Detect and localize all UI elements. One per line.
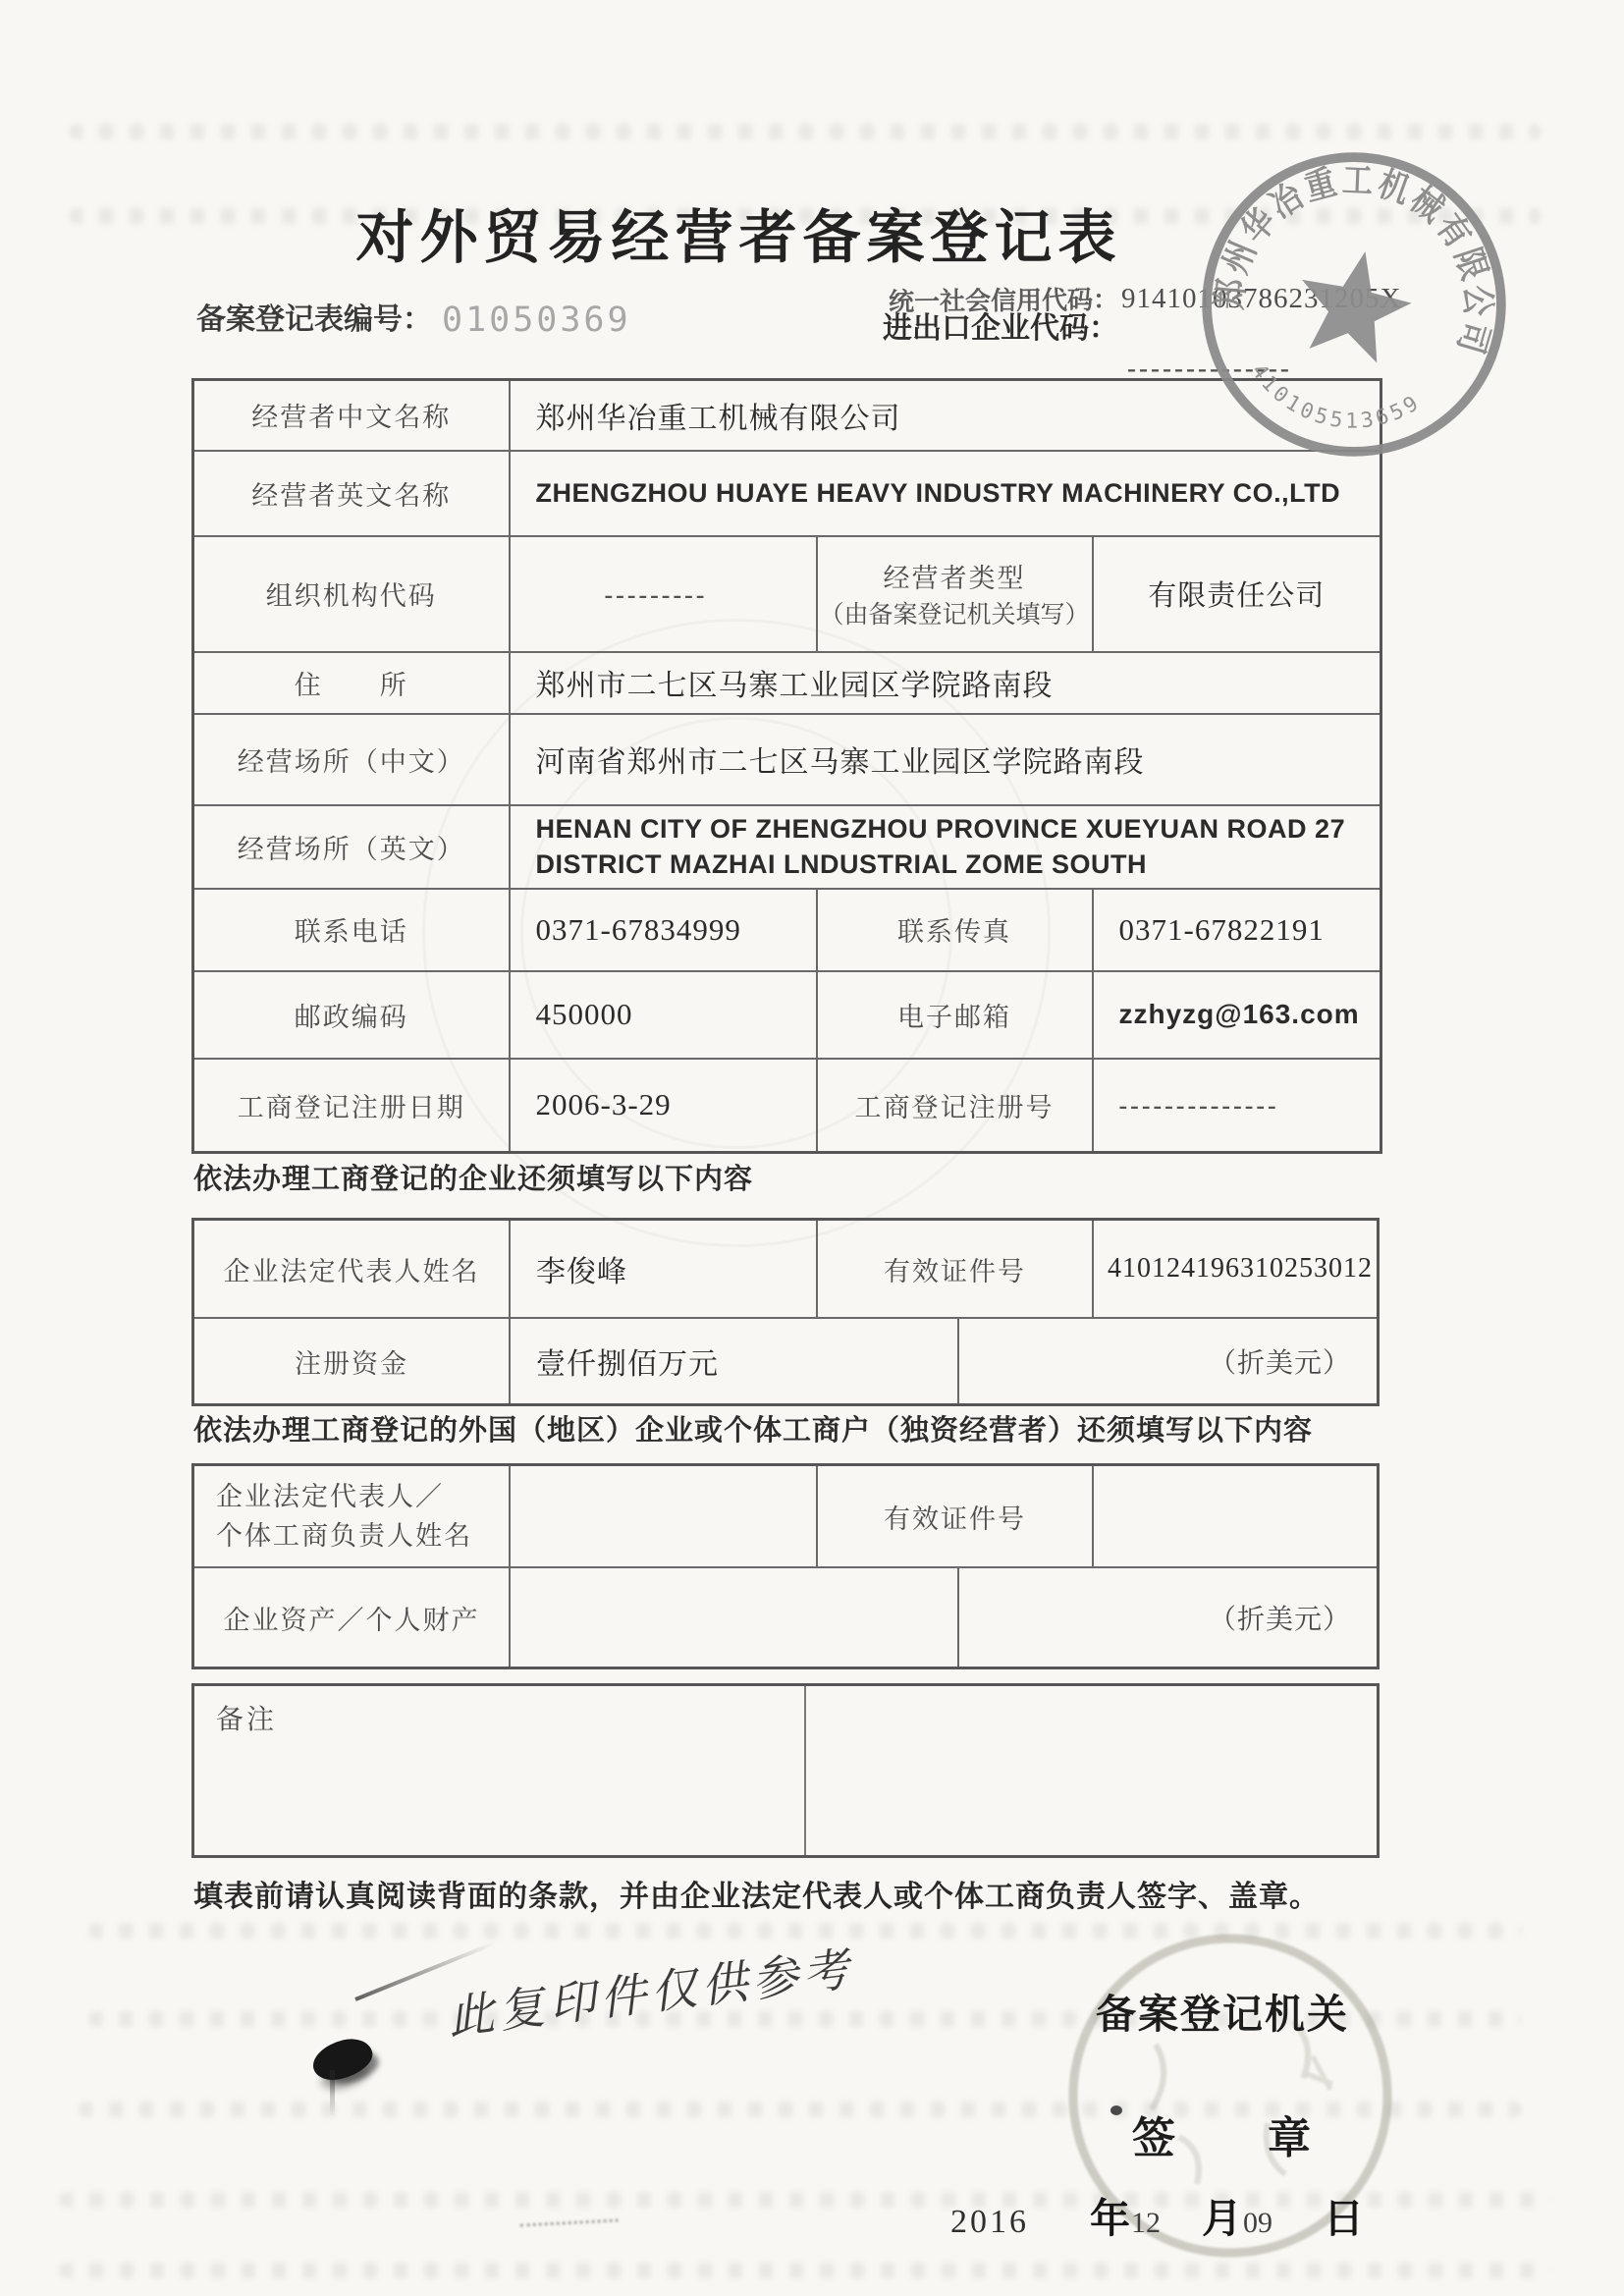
table-row: 经营场所（英文） HENAN CITY OF ZHENGZHOU PROVINC…: [193, 805, 1381, 889]
fax-label: 联系传真: [817, 889, 1093, 971]
table-row: 住 所 郑州市二七区马寨工业园区学院路南段: [193, 652, 1381, 714]
credit-code-value: 91410103786231205X: [1121, 283, 1401, 315]
assets-value: [511, 1568, 959, 1667]
usd-equivalent-label: （折美元）: [959, 1319, 1377, 1403]
legal-rep-value: 李俊峰: [511, 1221, 818, 1317]
business-site-cn-value: 河南省郑州市二七区马寨工业园区学院路南段: [510, 714, 1381, 805]
table-row: 经营场所（中文） 河南省郑州市二七区马寨工业园区学院路南段: [193, 714, 1381, 805]
usd-equivalent-label: （折美元）: [959, 1568, 1377, 1667]
date-year: 2016: [950, 2204, 1029, 2241]
scan-ghost-band: [59, 2263, 1551, 2278]
registration-date-line: 2016 年 12 月 09 日: [950, 2186, 1364, 2244]
table-row: 工商登记注册日期 2006-3-29 工商登记注册号 -------------…: [193, 1059, 1381, 1153]
row-label: 工商登记注册日期: [193, 1059, 510, 1153]
table-row: 企业法定代表人姓名 李俊峰 有效证件号 410124196310253012: [194, 1221, 1377, 1319]
registration-no-value: --------------: [1093, 1059, 1381, 1153]
registration-date-value: 2006-3-29: [510, 1059, 817, 1153]
day-unit: 日: [1324, 2186, 1364, 2244]
section2-heading: 依法办理工商登记的企业还须填写以下内容: [193, 1157, 753, 1197]
remarks-box: 备注: [191, 1683, 1380, 1858]
row-label: 住 所: [193, 652, 510, 714]
postcode-value: 450000: [510, 971, 817, 1059]
row-label: 经营者中文名称: [193, 380, 510, 451]
page-title: 对外贸易经营者备案登记表: [191, 191, 1286, 274]
table-row: 企业资产／个人财产 （折美元）: [194, 1568, 1377, 1667]
remarks-label: 备注: [216, 1698, 277, 1737]
scanned-registration-form: 对外贸易经营者备案登记表 备案登记表编号：01050369 统一社会信用代码： …: [0, 0, 1624, 2296]
row-label: 经营场所（中文）: [193, 714, 510, 805]
chinese-name-value: 郑州华冶重工机械有限公司: [510, 380, 1381, 451]
section3-heading: 依法办理工商登记的外国（地区）企业或个体工商户（独资经营者）还须填写以下内容: [193, 1408, 1313, 1449]
phone-value: 0371-67834999: [510, 889, 817, 971]
sign-and-seal-label: 签 章: [1080, 2103, 1365, 2165]
english-name-value: ZHENGZHOU HUAYE HEAVY INDUSTRY MACHINERY…: [510, 451, 1381, 536]
address-value: 郑州市二七区马寨工业园区学院路南段: [510, 652, 1381, 714]
row-label: 邮政编码: [193, 971, 510, 1059]
email-value: zzhyzg@163.com: [1093, 971, 1381, 1059]
fax-value: 0371-67822191: [1093, 889, 1381, 971]
id-number-label: 有效证件号: [818, 1221, 1094, 1317]
table-row: 注册资金 壹仟捌佰万元 （折美元）: [194, 1319, 1377, 1403]
table-row: 经营者英文名称 ZHENGZHOU HUAYE HEAVY INDUSTRY M…: [193, 451, 1381, 536]
month-unit: 月: [1202, 2186, 1242, 2244]
scan-ghost-band: [88, 1923, 1522, 1939]
registered-capital-label: 注册资金: [194, 1319, 511, 1403]
row-label: 经营场所（英文）: [193, 805, 510, 889]
email-label: 电子邮箱: [817, 971, 1093, 1059]
foreign-id-label: 有效证件号: [818, 1466, 1094, 1566]
handwritten-note: 此复印件仅供参考: [444, 1933, 857, 2048]
id-number-value: 410124196310253012: [1094, 1221, 1377, 1317]
remarks-divider: [804, 1686, 806, 1855]
year-unit: 年: [1090, 2186, 1130, 2244]
ink-drip: [330, 2070, 335, 2115]
operator-type-label: 经营者类型 （由备案登记机关填写）: [817, 536, 1093, 652]
authority-sign-block: 备案登记机关 签 章: [1080, 1982, 1365, 2165]
registration-no-label: 工商登记注册号: [817, 1059, 1093, 1153]
table-row: 企业法定代表人／ 个体工商负责人姓名 有效证件号: [194, 1466, 1377, 1568]
table-row: 邮政编码 450000 电子邮箱 zzhyzg@163.com: [193, 971, 1381, 1059]
assets-label: 企业资产／个人财产: [194, 1568, 511, 1667]
row-label: 联系电话: [193, 889, 510, 971]
form-number-value: 01050369: [442, 301, 631, 340]
registered-capital-value: 壹仟捌佰万元: [511, 1319, 959, 1403]
table-row: 组织机构代码 --------- 经营者类型 （由备案登记机关填写） 有限责任公…: [193, 536, 1381, 652]
row-label: 经营者英文名称: [193, 451, 510, 536]
business-site-en-value: HENAN CITY OF ZHENGZHOU PROVINCE XUEYUAN…: [510, 805, 1381, 889]
row-label: 组织机构代码: [193, 536, 510, 652]
form-number-label: 备案登记表编号：: [196, 303, 432, 336]
domestic-enterprise-table: 企业法定代表人姓名 李俊峰 有效证件号 410124196310253012 注…: [191, 1218, 1380, 1406]
ink-blot: [308, 2034, 376, 2085]
scan-ghost-band: [69, 124, 1542, 139]
foreign-enterprise-table: 企业法定代表人／ 个体工商负责人姓名 有效证件号 企业资产／个人财产 （折美元）: [191, 1463, 1380, 1669]
form-number-line: 备案登记表编号：01050369: [196, 295, 631, 340]
foreign-rep-label: 企业法定代表人／ 个体工商负责人姓名: [194, 1466, 511, 1566]
pencil-smudge: [520, 2218, 620, 2239]
table-row: 联系电话 0371-67834999 联系传真 0371-67822191: [193, 889, 1381, 971]
date-month: 12: [1131, 2207, 1161, 2240]
org-code-value: ---------: [510, 536, 817, 652]
legal-rep-label: 企业法定代表人姓名: [194, 1221, 511, 1317]
operator-type-value: 有限责任公司: [1093, 536, 1381, 652]
foreign-rep-value: [511, 1466, 818, 1566]
date-day: 09: [1243, 2207, 1272, 2240]
foreign-id-value: [1094, 1466, 1377, 1566]
import-export-code-label: 进出口企业代码：: [883, 303, 1118, 347]
signature-instruction: 填表前请认真阅读背面的条款，并由企业法定代表人或个体工商负责人签字、盖章。: [193, 1872, 1320, 1915]
authority-title: 备案登记机关: [1080, 1982, 1365, 2040]
registration-main-table: 经营者中文名称 郑州华冶重工机械有限公司 经营者英文名称 ZHENGZHOU H…: [191, 378, 1382, 1154]
table-row: 经营者中文名称 郑州华冶重工机械有限公司: [193, 380, 1381, 451]
